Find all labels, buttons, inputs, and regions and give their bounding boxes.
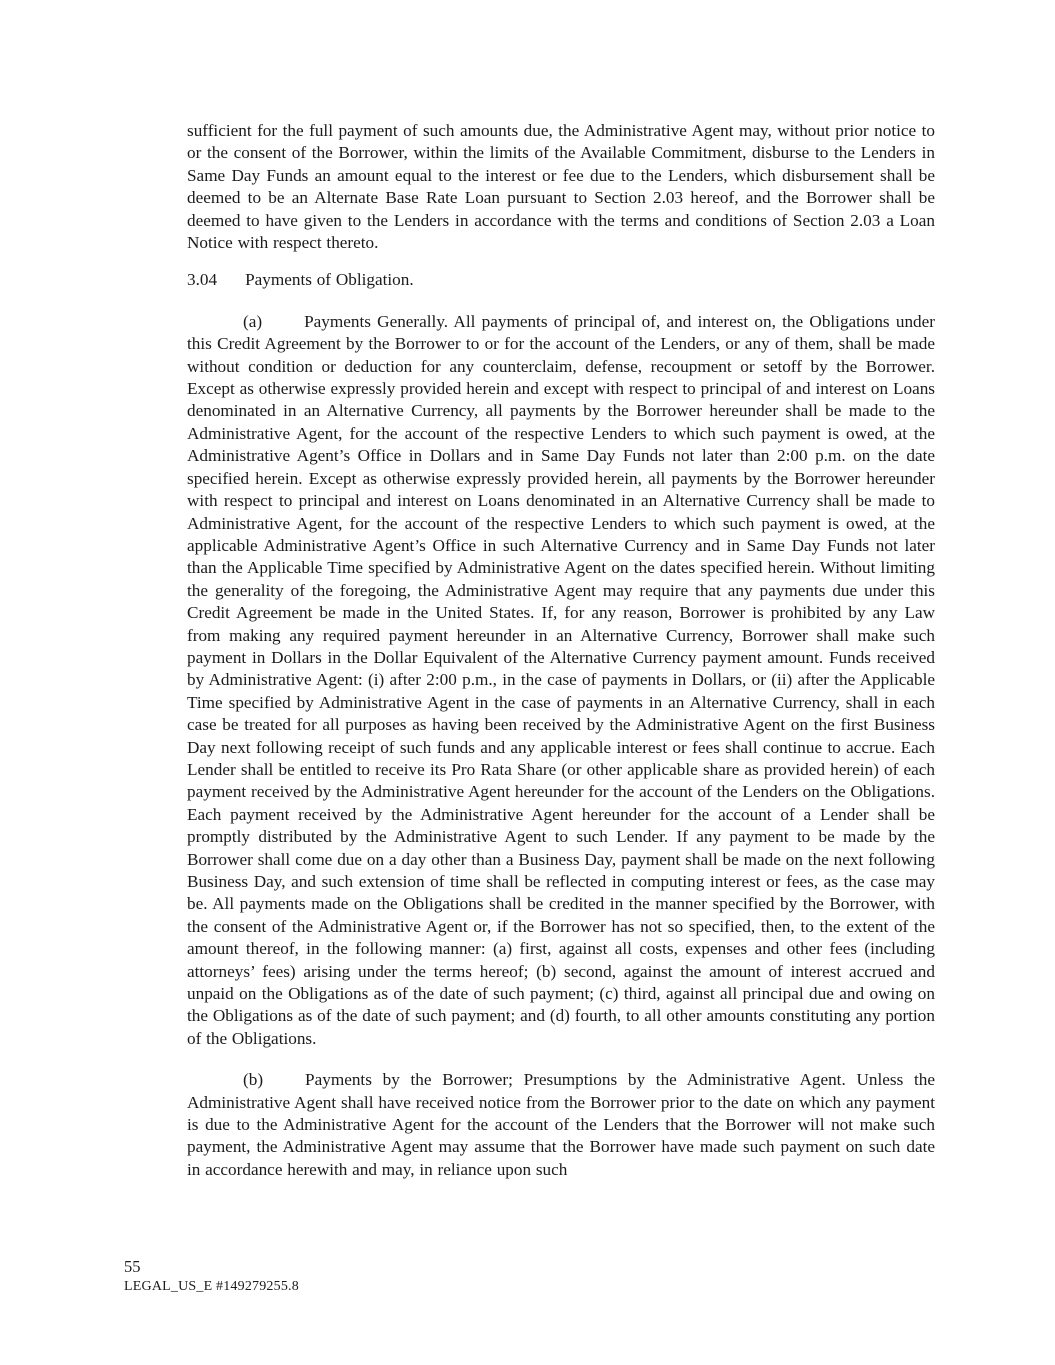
page-footer: 55 LEGAL_US_E #149279255.8	[124, 1256, 299, 1296]
page-body: sufficient for the full payment of such …	[187, 120, 935, 1181]
document-page: sufficient for the full payment of such …	[0, 0, 1055, 1365]
paragraph-a-label: (a)	[243, 312, 262, 331]
paragraph-a-body: All payments of principal of, and intere…	[187, 312, 935, 1048]
section-title: Payments of Obligation.	[245, 270, 414, 289]
section-heading: 3.04Payments of Obligation.	[187, 269, 935, 291]
section-number: 3.04	[187, 270, 217, 289]
paragraph-b-label: (b)	[243, 1070, 263, 1089]
paragraph-b-heading: Payments by the Borrower; Presumptions b…	[305, 1070, 846, 1089]
paragraph-a-heading: Payments Generally.	[304, 312, 448, 331]
paragraph-continuation: sufficient for the full payment of such …	[187, 120, 935, 254]
paragraph-a: (a)Payments Generally. All payments of p…	[187, 311, 935, 1050]
paragraph-b: (b)Payments by the Borrower; Presumption…	[187, 1069, 935, 1181]
document-id: LEGAL_US_E #149279255.8	[124, 1278, 299, 1296]
page-number: 55	[124, 1256, 299, 1278]
